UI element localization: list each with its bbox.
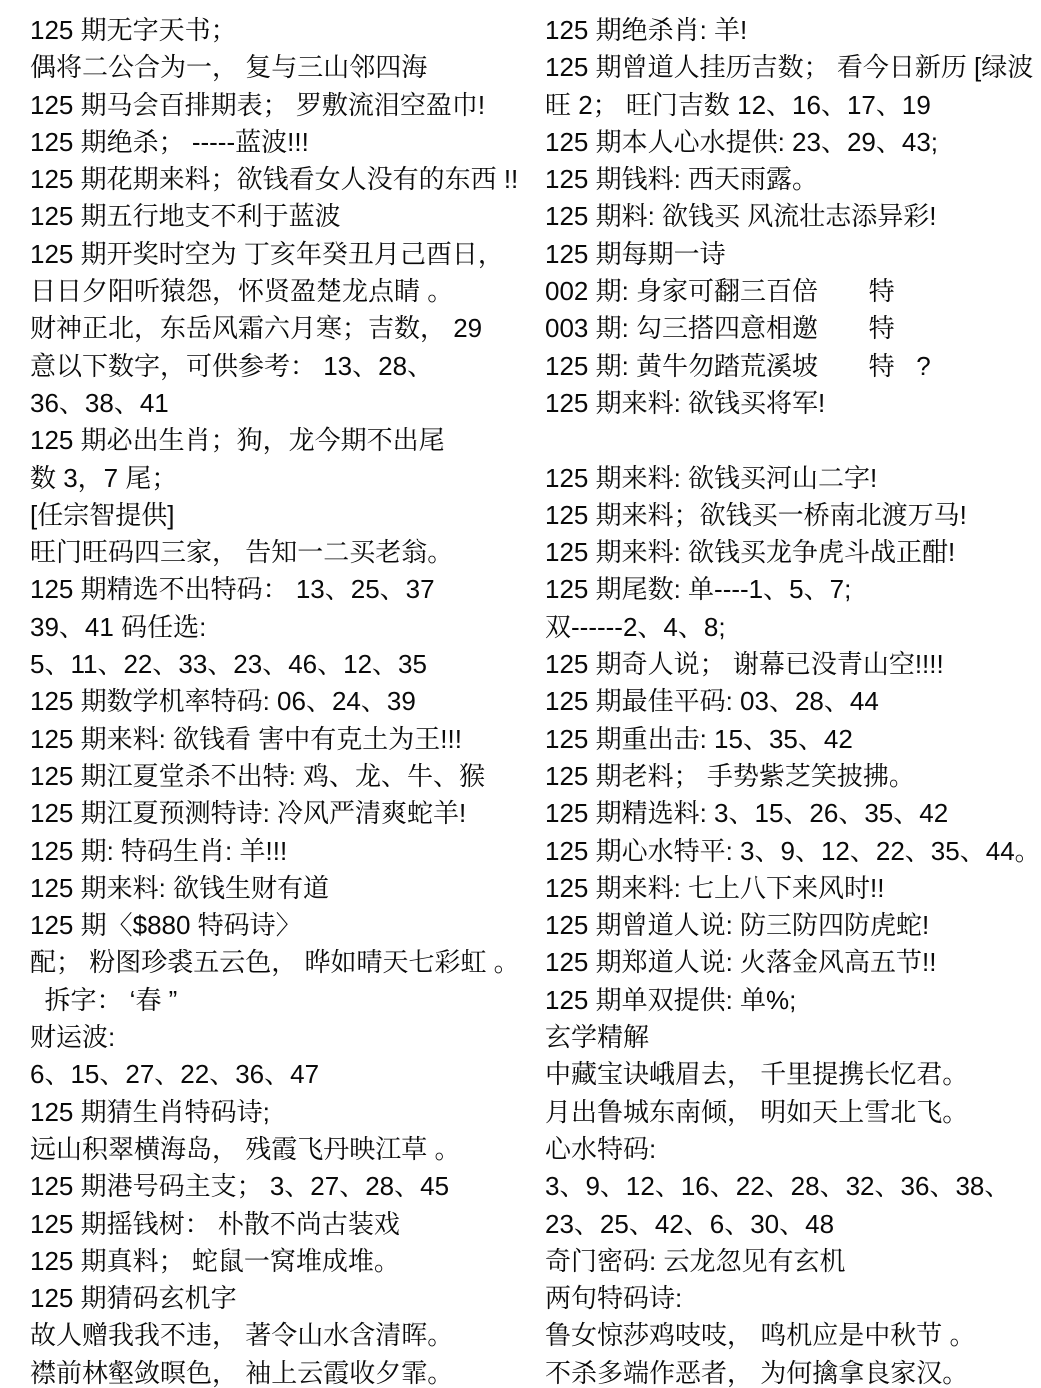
left-column: 125 期无字天书； 偶将二公合为一， 复与三山邻四海 125 期马会百排期表；… <box>30 12 538 1388</box>
text-line: 125 期料: 欲钱买 风流壮志添异彩! <box>545 198 1041 235</box>
text-line: 125 期最佳平码: 03、28、44 <box>545 683 1041 720</box>
text-line: 奇门密码: 云龙忽见有玄机 <box>545 1243 1041 1280</box>
text-line: 玄学精解 <box>545 1019 1041 1056</box>
text-line: 125 期开奖时空为 丁亥年癸丑月己酉日， <box>30 236 538 273</box>
text-line: 6、15、27、22、36、47 <box>30 1056 538 1093</box>
text-line: 远山积翠横海岛， 残霞飞丹映江草 。 <box>30 1131 538 1168</box>
text-line: 125 期: 黄牛勿踏荒溪坡 特 ? <box>545 348 1041 385</box>
text-line: 3、9、12、16、22、28、32、36、38、 <box>545 1168 1041 1205</box>
text-line: 125 期来料: 欲钱买龙争虎斗战正酣! <box>545 534 1041 571</box>
text-line: 002 期: 身家可翻三百倍 特 <box>545 273 1041 310</box>
text-line: 125 期来料；欲钱买一桥南北渡万马! <box>545 497 1041 534</box>
text-line: [任宗智提供] <box>30 497 538 534</box>
text-line: 5、11、22、33、23、46、12、35 <box>30 646 538 683</box>
text-line: 日日夕阳听猿怨，怀贤盈楚龙点睛 。 <box>30 273 538 310</box>
text-line: 125 期猜码玄机字 <box>30 1280 538 1317</box>
text-line: 双------2、4、8; <box>545 609 1041 646</box>
text-line: 125 期尾数: 单----1、5、7; <box>545 571 1041 608</box>
text-line: 故人赠我我不违， 著令山水含清晖。 <box>30 1317 538 1354</box>
text-line: 125 期老料； 手势紫芝笑披拂。 <box>545 758 1041 795</box>
text-line: 125 期曾道人挂历吉数； 看今日新历 [绿波 <box>545 49 1041 86</box>
right-column: 125 期绝杀肖: 羊! 125 期曾道人挂历吉数； 看今日新历 [绿波 旺 2… <box>545 12 1041 1388</box>
text-line: 125 期港号码主支； 3、27、28、45 <box>30 1168 538 1205</box>
text-line: 旺门旺码四三家， 告知一二买老翁。 <box>30 534 538 571</box>
text-line: 125 期来料: 七上八下来风时!! <box>545 870 1041 907</box>
text-line: 鲁女惊莎鸡吱吱， 鸣机应是中秋节 。 <box>545 1317 1041 1354</box>
text-line: 125 期单双提供: 单%; <box>545 982 1041 1019</box>
text-line: 125 期来料: 欲钱生财有道 <box>30 870 538 907</box>
text-line: 拆字： ‘春 ” <box>30 982 538 1019</box>
text-line: 125 期奇人说； 谢幕已没青山空!!!! <box>545 646 1041 683</box>
text-line: 125 期〈$880 特码诗〉 <box>30 907 538 944</box>
text-line: 配； 粉图珍裘五云色， 晔如晴天七彩虹 。 <box>30 944 538 981</box>
text-line: 125 期江夏堂杀不出特: 鸡、龙、牛、猴 <box>30 758 538 795</box>
text-line: 125 期马会百排期表； 罗敷流泪空盈巾! <box>30 87 538 124</box>
text-line: 125 期钱料: 西天雨露。 <box>545 161 1041 198</box>
document-page: 125 期无字天书； 偶将二公合为一， 复与三山邻四海 125 期马会百排期表；… <box>0 0 1041 1388</box>
text-line: 003 期: 勾三搭四意相邀 特 <box>545 310 1041 347</box>
text-line: 23、25、42、6、30、48 <box>545 1206 1041 1243</box>
text-line: 125 期本人心水提供: 23、29、43; <box>545 124 1041 161</box>
text-line: 心水特码: <box>545 1131 1041 1168</box>
text-line: 125 期精选不出特码： 13、25、37 <box>30 571 538 608</box>
text-line: 125 期来料: 欲钱看 害中有克土为王!!! <box>30 721 538 758</box>
text-line: 125 期五行地支不利于蓝波 <box>30 198 538 235</box>
text-line: 125 期重出击: 15、35、42 <box>545 721 1041 758</box>
text-line: 125 期来料: 欲钱买将军! <box>545 385 1041 422</box>
text-line: 125 期无字天书； <box>30 12 538 49</box>
text-line: 39、41 码任选: <box>30 609 538 646</box>
text-line: 125 期猜生肖特码诗; <box>30 1094 538 1131</box>
text-line-blank <box>545 422 1041 459</box>
text-line: 125 期郑道人说: 火落金风高五节!! <box>545 944 1041 981</box>
text-line: 财运波: <box>30 1019 538 1056</box>
text-line: 不杀多端作恶者， 为何擒拿良家汉。 <box>545 1355 1041 1388</box>
text-line: 125 期来料: 欲钱买河山二字! <box>545 460 1041 497</box>
text-line: 意以下数字，可供参考： 13、28、 <box>30 348 538 385</box>
text-line: 125 期绝杀； -----蓝波!!! <box>30 124 538 161</box>
text-line: 月出鲁城东南倾， 明如天上雪北飞。 <box>545 1094 1041 1131</box>
text-line: 125 期江夏预测特诗: 冷风严清爽蛇羊! <box>30 795 538 832</box>
text-line: 125 期花期来料；欲钱看女人没有的东西 !! <box>30 161 538 198</box>
text-line: 中藏宝诀峨眉去， 千里提携长忆君。 <box>545 1056 1041 1093</box>
text-line: 两句特码诗: <box>545 1280 1041 1317</box>
text-line: 125 期真料； 蛇鼠一窝堆成堆。 <box>30 1243 538 1280</box>
text-line: 125 期数学机率特码: 06、24、39 <box>30 683 538 720</box>
text-line: 财神正北，东岳风霜六月寒；吉数， 29 <box>30 310 538 347</box>
text-line: 125 期曾道人说: 防三防四防虎蛇! <box>545 907 1041 944</box>
text-line: 偶将二公合为一， 复与三山邻四海 <box>30 49 538 86</box>
text-line: 数 3，7 尾； <box>30 460 538 497</box>
text-line: 125 期精选料: 3、15、26、35、42 <box>545 795 1041 832</box>
text-line: 125 期必出生肖；狗，龙今期不出尾 <box>30 422 538 459</box>
text-line: 125 期绝杀肖: 羊! <box>545 12 1041 49</box>
text-line: 125 期每期一诗 <box>545 236 1041 273</box>
text-line: 125 期摇钱树： 朴散不尚古装戏 <box>30 1206 538 1243</box>
text-line: 襟前林壑敛暝色， 袖上云霞收夕霏。 <box>30 1355 538 1388</box>
text-line: 36、38、41 <box>30 385 538 422</box>
text-line: 125 期心水特平: 3、9、12、22、35、44。 <box>545 833 1041 870</box>
text-line: 125 期: 特码生肖: 羊!!! <box>30 833 538 870</box>
text-line: 旺 2； 旺门吉数 12、16、17、19 <box>545 87 1041 124</box>
